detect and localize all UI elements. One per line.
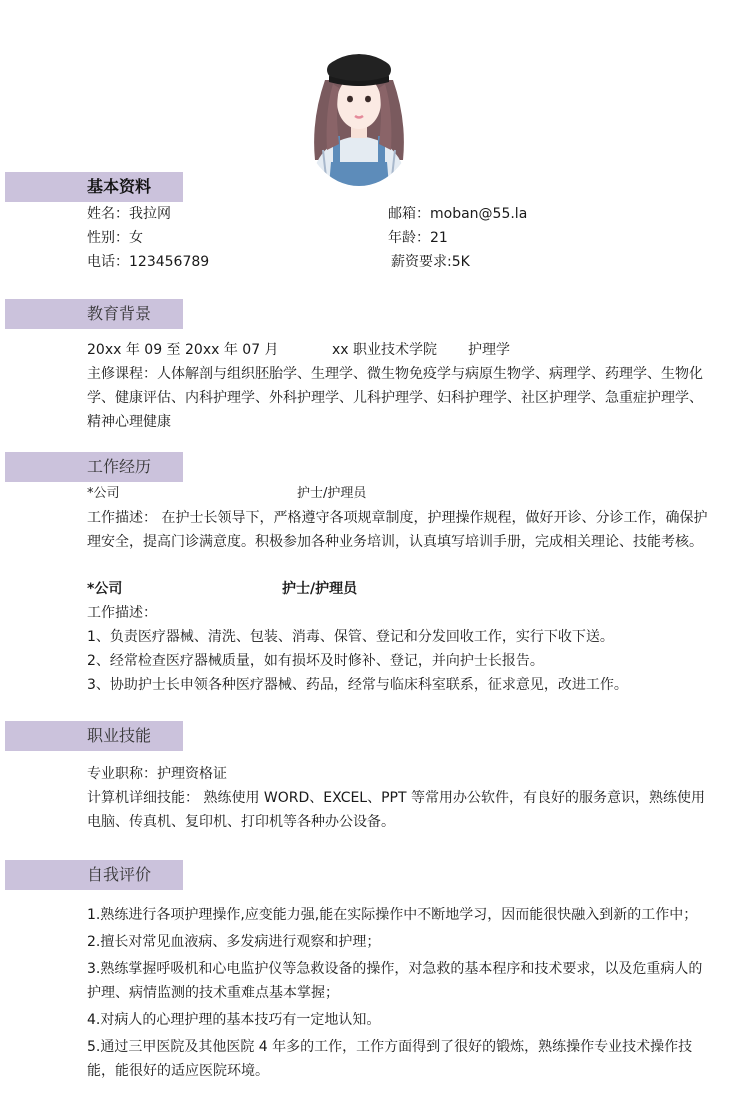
- self-eval-item-1: 1.熟练进行各项护理操作,应变能力强,能在实际操作中不断地学习，因而能很快融入到…: [87, 903, 712, 927]
- job-2-company: *公司: [87, 577, 122, 601]
- section-title-work: 工作经历: [87, 452, 151, 482]
- section-title-basic-info: 基本资料: [87, 172, 151, 202]
- section-title-skills: 职业技能: [87, 721, 151, 751]
- email-field: 邮箱：moban@55.la: [388, 202, 527, 226]
- gender-field: 性别：女: [87, 226, 143, 250]
- job-2-item-3: 3、协助护士长申领各种医疗器械、药品，经常与临床科室联系，征求意见，改进工作。: [87, 673, 628, 697]
- self-eval-item-3: 3.熟练掌握呼吸机和心电监护仪等急救设备的操作，对急救的基本程序和技术要求，以及…: [87, 957, 712, 1005]
- job-2-position: 护士/护理员: [282, 577, 357, 601]
- job-2-item-1: 1、负责医疗器械、清洗、包装、消毒、保管、登记和分发回收工作，实行下收下送。: [87, 625, 614, 649]
- job-2-item-2: 2、经常检查医疗器械质量，如有损坏及时修补、登记，并向护士长报告。: [87, 649, 544, 673]
- section-title-self-eval: 自我评价: [87, 860, 151, 890]
- education-courses: 主修课程：人体解剖与组织胚胎学、生理学、微生物免疫学与病原生物学、病理学、药理学…: [87, 362, 712, 434]
- self-eval-item-2: 2.擅长对常见血液病、多发病进行观察和护理；: [87, 930, 712, 954]
- education-major: 护理学: [468, 338, 510, 362]
- self-eval-item-4: 4.对病人的心理护理的基本技巧有一定地认知。: [87, 1008, 712, 1032]
- job-1-company: *公司: [87, 482, 120, 506]
- job-1-position: 护士/护理员: [297, 482, 366, 506]
- age-field: 年龄：21: [388, 226, 448, 250]
- education-period: 20xx 年 09 至 20xx 年 07 月: [87, 338, 279, 362]
- skills-title-cert: 专业职称：护理资格证: [87, 762, 227, 786]
- job-2-description-label: 工作描述：: [87, 601, 157, 625]
- salary-field: 薪资要求:5K: [391, 250, 470, 274]
- education-school: xx 职业技术学院: [332, 338, 437, 362]
- skills-computer: 计算机详细技能： 熟练使用 WORD、EXCEL、PPT 等常用办公软件，有良好…: [87, 786, 712, 834]
- self-eval-item-5: 5.通过三甲医院及其他医院 4 年多的工作，工作方面得到了很好的锻炼，熟练操作专…: [87, 1035, 712, 1083]
- phone-field: 电话：123456789: [87, 250, 209, 274]
- job-1-description: 工作描述： 在护士长领导下，严格遵守各项规章制度，护理操作规程，做好开诊、分诊工…: [87, 506, 712, 554]
- name-field: 姓名：我拉网: [87, 202, 171, 226]
- section-title-education: 教育背景: [87, 299, 151, 329]
- avatar: [303, 40, 415, 186]
